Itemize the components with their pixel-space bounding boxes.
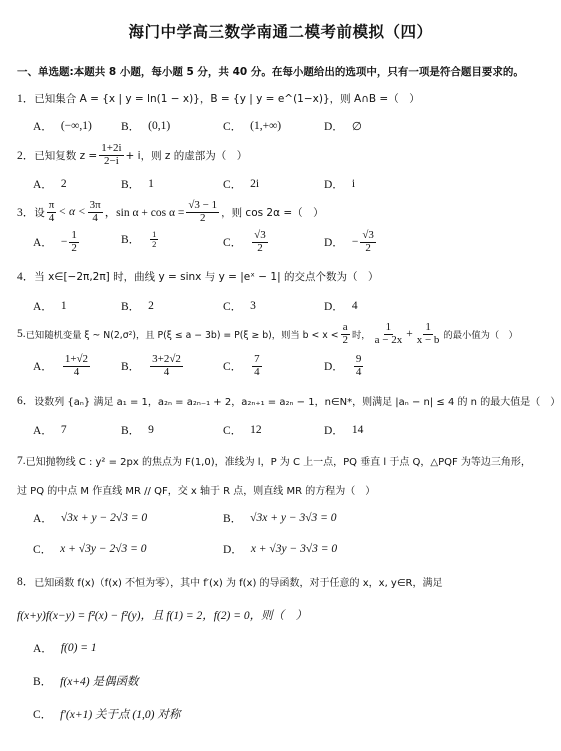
option-d: D．−√32 xyxy=(324,230,378,254)
question-stem: 已知集合 A = {x | y = ln(1 − x)}，B = {y | y … xyxy=(34,91,419,106)
option-d: D．x + √3y − 3√3 = 0 xyxy=(223,541,337,557)
question-number: 8． xyxy=(17,573,34,589)
question-4: 4． 当 x∈[−2π,2π] 时，曲线 y = sinx 与 y = |eˣ … xyxy=(17,268,378,284)
option-a: A．(−∞,1) xyxy=(33,118,92,134)
question-8-option-a: A．f(0) = 1 xyxy=(0,640,561,660)
question-7: 7. 已知抛物线 C : y² = 2px 的焦点为 F(1,0)，准线为 l，… xyxy=(17,453,531,468)
option-a: A．2 xyxy=(33,176,67,192)
question-5-options: A．1+√24 B．3+2√24 C．74 D．94 xyxy=(0,354,561,374)
option-a: A．1 xyxy=(33,298,67,314)
option-d: D．14 xyxy=(324,422,363,438)
option-c: C．f′(x+1) 关于点 (1,0) 对称 xyxy=(33,706,180,722)
fraction: 1+2i2−i xyxy=(99,143,123,167)
option-d: D．i xyxy=(324,176,355,192)
fraction: 1x − b xyxy=(415,322,442,346)
question-7-options-row-2: C．x + √3y − 2√3 = 0 D．x + √3y − 3√3 = 0 xyxy=(0,541,561,561)
option-b: B．f(x+4) 是偶函数 xyxy=(33,673,139,689)
question-6-options: A．7 B．9 C．12 D．14 xyxy=(0,422,561,442)
option-d: D．4 xyxy=(324,298,358,314)
question-1: 1． 已知集合 A = {x | y = ln(1 − x)}，B = {y |… xyxy=(17,90,420,106)
option-d: D．∅ xyxy=(324,118,362,134)
option-b: B．√3x + y − 3√3 = 0 xyxy=(223,510,337,526)
option-c: C．x + √3y − 2√3 = 0 xyxy=(33,541,147,557)
option-d: D．94 xyxy=(324,354,365,378)
option-b: B．(0,1) xyxy=(121,118,170,134)
fraction: 3π4 xyxy=(88,200,103,224)
question-number: 5. xyxy=(17,328,26,340)
question-8: 8． 已知函数 f(x)（f(x) 不恒为零），其中 f′(x) 为 f(x) … xyxy=(17,573,443,589)
question-number: 7. xyxy=(17,455,26,467)
option-b: B．3+2√24 xyxy=(121,354,185,378)
question-6: 6． 设数列 {aₙ} 满足 a₁ = 1，a₂ₙ = a₂ₙ₋₁ + 2，a₂… xyxy=(17,392,560,408)
section-heading: 一、单选题:本题共 8 小题，每小题 5 分，共 40 分。在每小题给出的选项中… xyxy=(17,64,524,79)
question-8-line-2: f(x+y)f(x−y) = f²(x) − f²(y)，且 f(1) = 2，… xyxy=(17,607,307,623)
exam-page: 海门中学高三数学南通二模考前模拟（四） 一、单选题:本题共 8 小题，每小题 5… xyxy=(0,0,561,751)
option-b: B．2 xyxy=(121,298,154,314)
question-7-line-2: 过 PQ 的中点 M 作直线 MR // QF，交 x 轴于 R 点，则直线 M… xyxy=(17,482,375,497)
fraction: π4 xyxy=(47,200,57,224)
question-number: 4． xyxy=(17,268,34,284)
option-a: A．√3x + y − 2√3 = 0 xyxy=(33,510,147,526)
question-2-options: A．2 B．1 C．2i D．i xyxy=(0,176,561,196)
option-a: A．7 xyxy=(33,422,67,438)
option-b: B．12 xyxy=(121,230,160,249)
option-c: C．√32 xyxy=(223,230,270,254)
option-b: B．9 xyxy=(121,422,154,438)
question-5: 5. 已知随机变量 ξ ~ N(2,σ²)，且 P(ξ ≤ a − 3b) = … xyxy=(17,322,518,346)
question-number: 6． xyxy=(17,392,34,408)
question-8-option-c: C．f′(x+1) 关于点 (1,0) 对称 xyxy=(0,706,561,726)
question-number: 2． xyxy=(17,147,34,163)
question-3: 3． 设 π4 < α < 3π4 ，sin α + cos α = √3 − … xyxy=(17,200,324,224)
option-a: A．−12 xyxy=(33,230,81,254)
fraction: 1a − 2x xyxy=(373,322,405,346)
question-2: 2． 已知复数 z = 1+2i2−i + i，则 z 的虚部为（ ） xyxy=(17,143,247,167)
question-8-option-b: B．f(x+4) 是偶函数 xyxy=(0,673,561,693)
option-c: C．(1,+∞) xyxy=(223,118,281,134)
option-a: A．1+√24 xyxy=(33,354,92,378)
option-c: C．12 xyxy=(223,422,262,438)
option-a: A．f(0) = 1 xyxy=(33,640,97,656)
question-4-options: A．1 B．2 C．3 D．4 xyxy=(0,298,561,318)
option-b: B．1 xyxy=(121,176,154,192)
option-c: C．74 xyxy=(223,354,264,378)
fraction: a2 xyxy=(341,322,351,346)
page-title: 海门中学高三数学南通二模考前模拟（四） xyxy=(0,20,561,42)
question-number: 1． xyxy=(17,90,34,106)
question-3-options: A．−12 B．12 C．√32 D．−√32 xyxy=(0,230,561,250)
question-7-options-row-1: A．√3x + y − 2√3 = 0 B．√3x + y − 3√3 = 0 xyxy=(0,510,561,530)
fraction: √3 − 12 xyxy=(186,200,219,224)
question-number: 3． xyxy=(17,204,34,220)
question-1-options: A．(−∞,1) B．(0,1) C．(1,+∞) D．∅ xyxy=(0,118,561,138)
option-c: C．2i xyxy=(223,176,259,192)
option-c: C．3 xyxy=(223,298,256,314)
